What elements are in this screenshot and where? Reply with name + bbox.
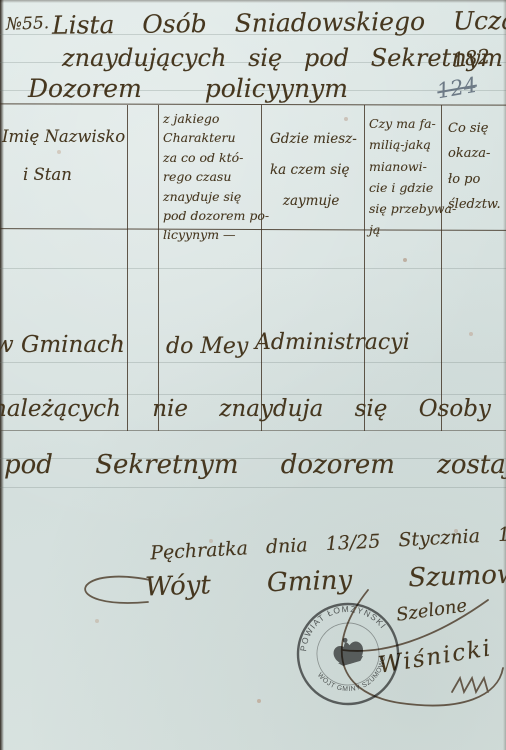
page-top-edge xyxy=(0,0,506,3)
place-date-line: Pęchratka dnia 13/25 Stycznia 1866 xyxy=(150,522,506,566)
entry-cell-communes: w Gminach xyxy=(0,332,125,360)
crossed-out-number: 124 xyxy=(435,73,479,105)
col-family-header: Czy ma fa- milią-jaką mianowi- cie i gdz… xyxy=(369,113,456,241)
ruled-line xyxy=(0,487,506,488)
entry-cell-do-mey: do Mey xyxy=(166,334,248,360)
col-findings-header: Co się okaza- ło po śledztw. xyxy=(448,116,501,217)
table-gridline xyxy=(158,105,159,431)
col-name-status-header: Imię Nazwisko i Stan xyxy=(2,118,125,194)
table-gridline xyxy=(0,103,506,105)
table-gridline xyxy=(0,430,506,431)
document-page: №55. Lista Osób Sniadowskiego Uczastka z… xyxy=(0,0,506,750)
stamp-eagle-icon xyxy=(330,634,366,668)
table-gridline xyxy=(364,105,365,431)
closing-line: pod Sekretnym dozorem zostające xyxy=(4,450,506,481)
folio-number: 182 xyxy=(451,44,491,72)
paper-speckles xyxy=(0,0,2,2)
document-number: №55. xyxy=(6,13,50,35)
entry-cell-administration: Administracyi xyxy=(255,330,410,356)
col-character-reason-header: z jakiego Charakteru za co od któ- rego … xyxy=(163,109,269,245)
stamp-top-text: POWIAT ŁOMŻYŃSKI xyxy=(289,593,390,655)
register-table: Imię Nazwisko i Stan z jakiego Charakter… xyxy=(0,104,506,431)
official-stamp: POWIAT ŁOMŻYŃSKI WÓJT GMINY SZUMOWO xyxy=(271,577,424,730)
title-line-1: Lista Osób Sniadowskiego Uczastka xyxy=(52,5,506,40)
title-line-3: Dozorem policyynym xyxy=(28,74,348,104)
signature-secondary: Szelone xyxy=(395,595,469,626)
svg-text:POWIAT ŁOMŻYŃSKI: POWIAT ŁOMŻYŃSKI xyxy=(289,593,390,655)
title-line-2: znaydujących się pod Sekretnym xyxy=(62,44,503,73)
col-residence-occupation-header: Gdzie miesz- ka czem się zaymuje xyxy=(270,124,357,217)
entry-continuation-line: należących nie znayduja się Osoby xyxy=(0,396,491,424)
table-gridline xyxy=(127,105,128,431)
